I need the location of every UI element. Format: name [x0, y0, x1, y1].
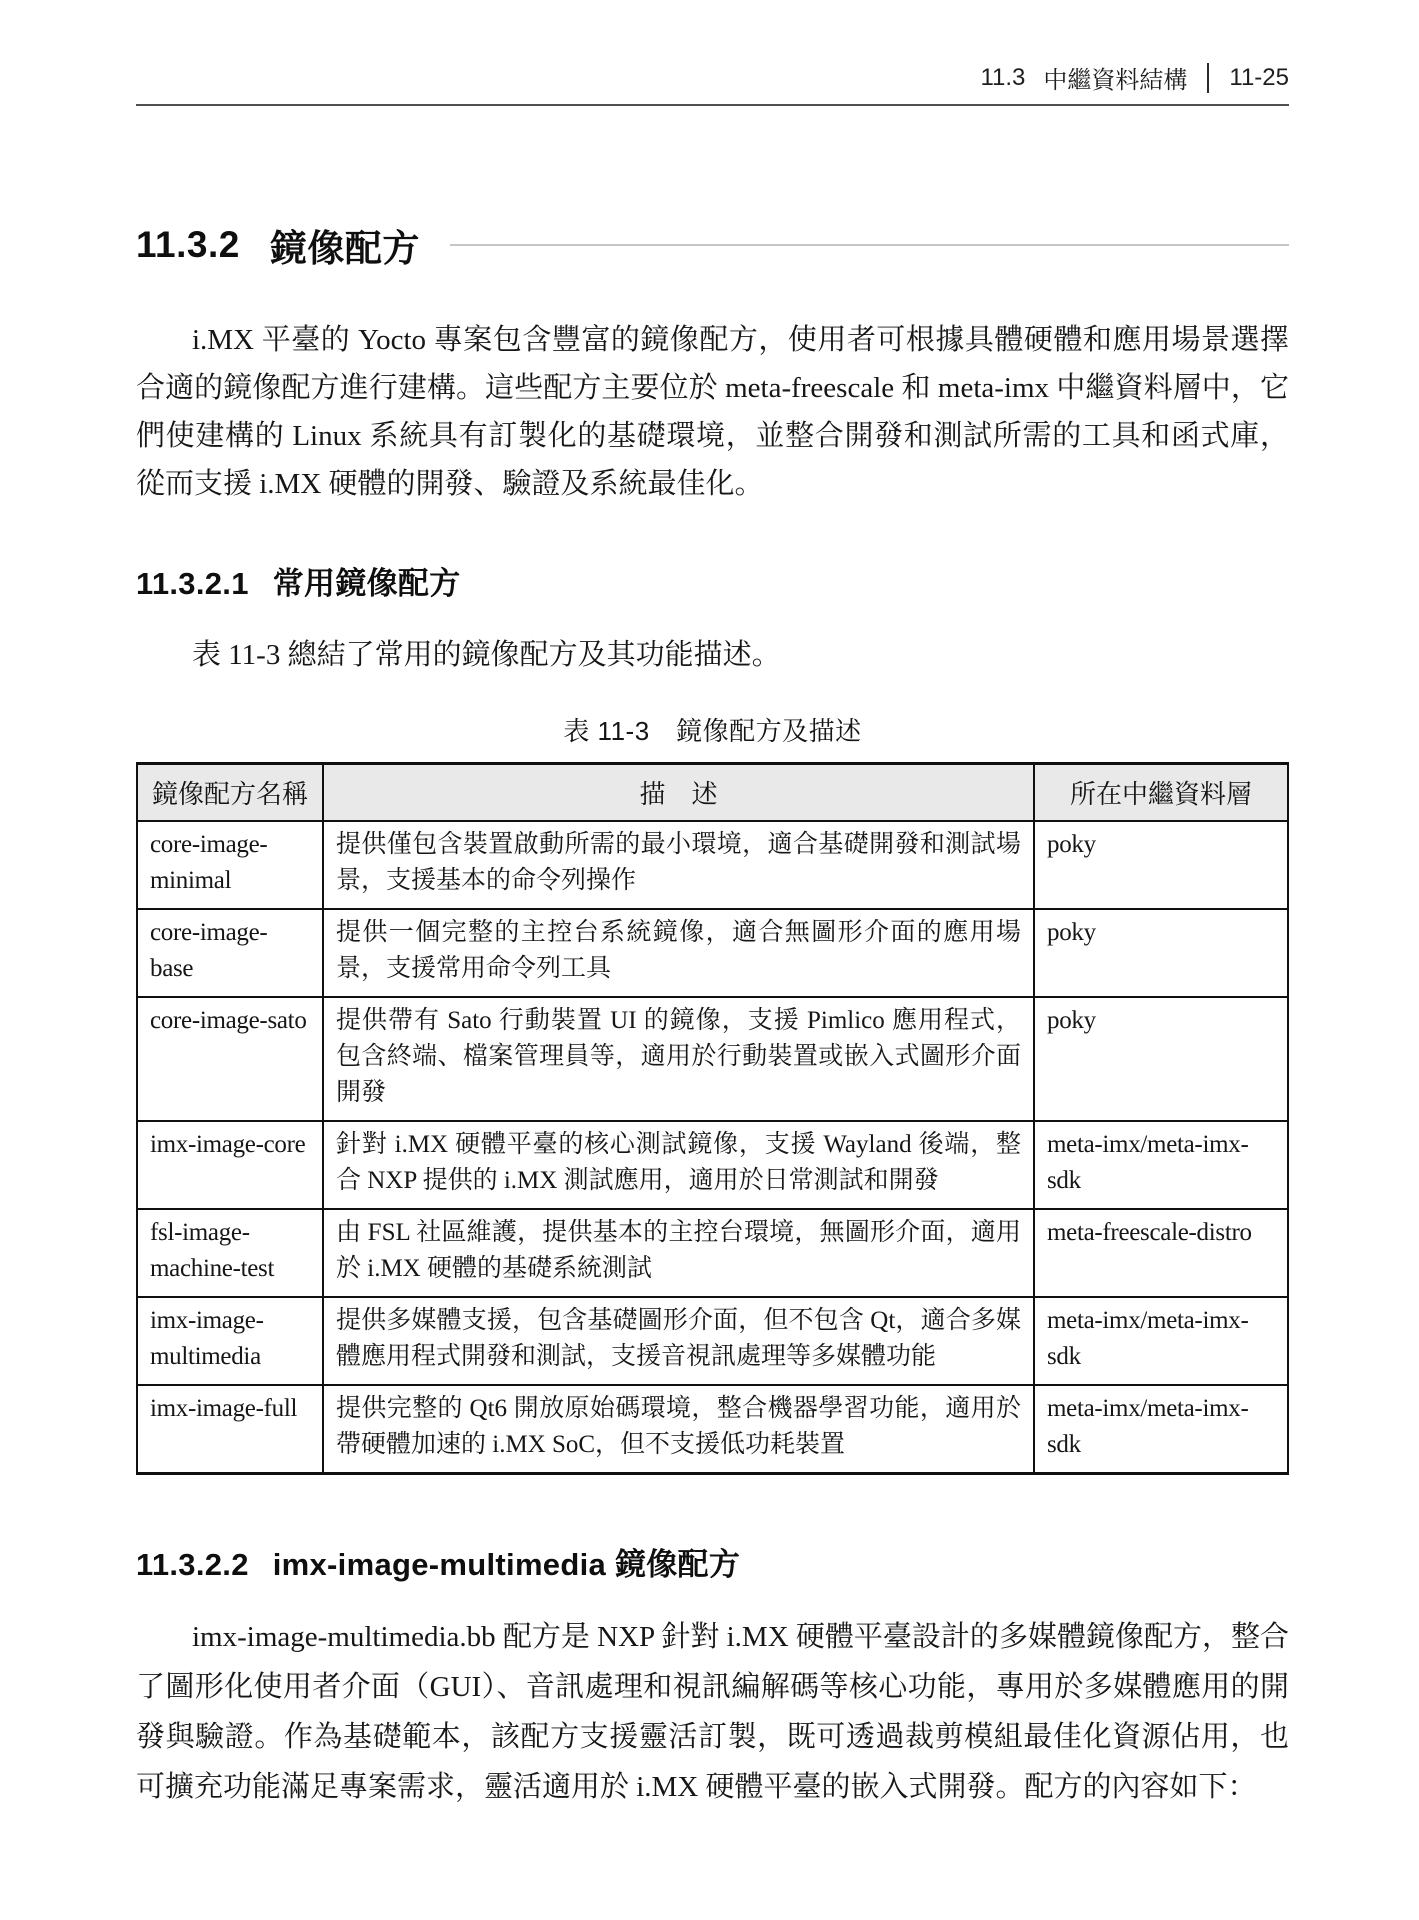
table-caption: 表 11-3 鏡像配方及描述 [136, 711, 1289, 748]
subsection1-number: 11.3.2.1 [136, 566, 249, 602]
recipe-name: core-image-base [137, 909, 323, 997]
table-header-row: 鏡像配方名稱 描 述 所在中繼資料層 [137, 764, 1288, 822]
recipe-name: imx-image-core [137, 1121, 323, 1209]
subsection2-heading: 11.3.2.2 imx-image-multimedia 鏡像配方 [136, 1539, 1289, 1584]
recipe-layer: poky [1034, 821, 1288, 909]
running-head-section-number: 11.3 [980, 64, 1025, 92]
recipe-name: fsl-image-machine-test [137, 1209, 323, 1297]
section-intro-paragraph: i.MX 平臺的 Yocto 專案包含豐富的鏡像配方，使用者可根據具體硬體和應用… [136, 316, 1289, 508]
table-row: core-image-sato 提供帶有 Sato 行動裝置 UI 的鏡像，支援… [137, 997, 1288, 1121]
subsection2-title: imx-image-multimedia 鏡像配方 [273, 1539, 740, 1584]
table-row: core-image-minimal 提供僅包含裝置啟動所需的最小環境，適合基礎… [137, 821, 1288, 909]
section-title: 鏡像配方 [270, 218, 420, 272]
recipe-layer: poky [1034, 997, 1288, 1121]
recipe-description: 提供一個完整的主控台系統鏡像，適合無圖形介面的應用場景，支援常用命令列工具 [323, 909, 1034, 997]
subsection1-intro-paragraph: 表 11-3 總結了常用的鏡像配方及其功能描述。 [136, 631, 1289, 679]
recipe-layer: meta-imx/meta-imx-sdk [1034, 1385, 1288, 1474]
subsection2-intro-paragraph: imx-image-multimedia.bb 配方是 NXP 針對 i.MX … [136, 1612, 1289, 1812]
recipe-name: imx-image-multimedia [137, 1297, 323, 1385]
recipe-layer: poky [1034, 909, 1288, 997]
running-head-chapter-title: 中繼資料結構 [1043, 60, 1187, 95]
recipe-name: imx-image-full [137, 1385, 323, 1474]
running-head: 11.3 中繼資料結構 11-25 [136, 60, 1289, 95]
column-header-layer: 所在中繼資料層 [1034, 764, 1288, 822]
book-page: 11.3 中繼資料結構 11-25 11.3.2 鏡像配方 i.MX 平臺的 Y… [0, 0, 1419, 1920]
section-heading-rule [450, 244, 1289, 246]
column-header-recipe-name: 鏡像配方名稱 [137, 764, 323, 822]
section-number: 11.3.2 [136, 224, 240, 266]
table-row: fsl-image-machine-test 由 FSL 社區維護，提供基本的主… [137, 1209, 1288, 1297]
column-header-description: 描 述 [323, 764, 1034, 822]
recipe-name: core-image-sato [137, 997, 323, 1121]
table-row: imx-image-full 提供完整的 Qt6 開放原始碼環境，整合機器學習功… [137, 1385, 1288, 1474]
subsection1-title: 常用鏡像配方 [273, 558, 461, 603]
table-row: imx-image-core 針對 i.MX 硬體平臺的核心測試鏡像，支援 Wa… [137, 1121, 1288, 1209]
recipe-description: 針對 i.MX 硬體平臺的核心測試鏡像，支援 Wayland 後端，整合 NXP… [323, 1121, 1034, 1209]
recipe-layer: meta-imx/meta-imx-sdk [1034, 1121, 1288, 1209]
running-head-page-number: 11-25 [1229, 64, 1289, 92]
recipe-name: core-image-minimal [137, 821, 323, 909]
image-recipes-table: 鏡像配方名稱 描 述 所在中繼資料層 core-image-minimal 提供… [136, 762, 1289, 1475]
subsection2-number: 11.3.2.2 [136, 1547, 249, 1583]
recipe-layer: meta-imx/meta-imx-sdk [1034, 1297, 1288, 1385]
recipe-description: 提供僅包含裝置啟動所需的最小環境，適合基礎開發和測試場景，支援基本的命令列操作 [323, 821, 1034, 909]
recipe-description: 提供帶有 Sato 行動裝置 UI 的鏡像，支援 Pimlico 應用程式，包含… [323, 997, 1034, 1121]
recipe-description: 提供完整的 Qt6 開放原始碼環境，整合機器學習功能，適用於帶硬體加速的 i.M… [323, 1385, 1034, 1474]
running-head-divider [1207, 63, 1209, 93]
table-row: core-image-base 提供一個完整的主控台系統鏡像，適合無圖形介面的應… [137, 909, 1288, 997]
recipe-description: 由 FSL 社區維護，提供基本的主控台環境，無圖形介面，適用於 i.MX 硬體的… [323, 1209, 1034, 1297]
recipe-layer: meta-freescale-distro [1034, 1209, 1288, 1297]
running-head-rule [136, 104, 1289, 106]
section-heading: 11.3.2 鏡像配方 [136, 218, 1289, 272]
subsection1-heading: 11.3.2.1 常用鏡像配方 [136, 558, 1289, 603]
table-row: imx-image-multimedia 提供多媒體支援，包含基礎圖形介面，但不… [137, 1297, 1288, 1385]
recipe-description: 提供多媒體支援，包含基礎圖形介面，但不包含 Qt，適合多媒體應用程式開發和測試，… [323, 1297, 1034, 1385]
